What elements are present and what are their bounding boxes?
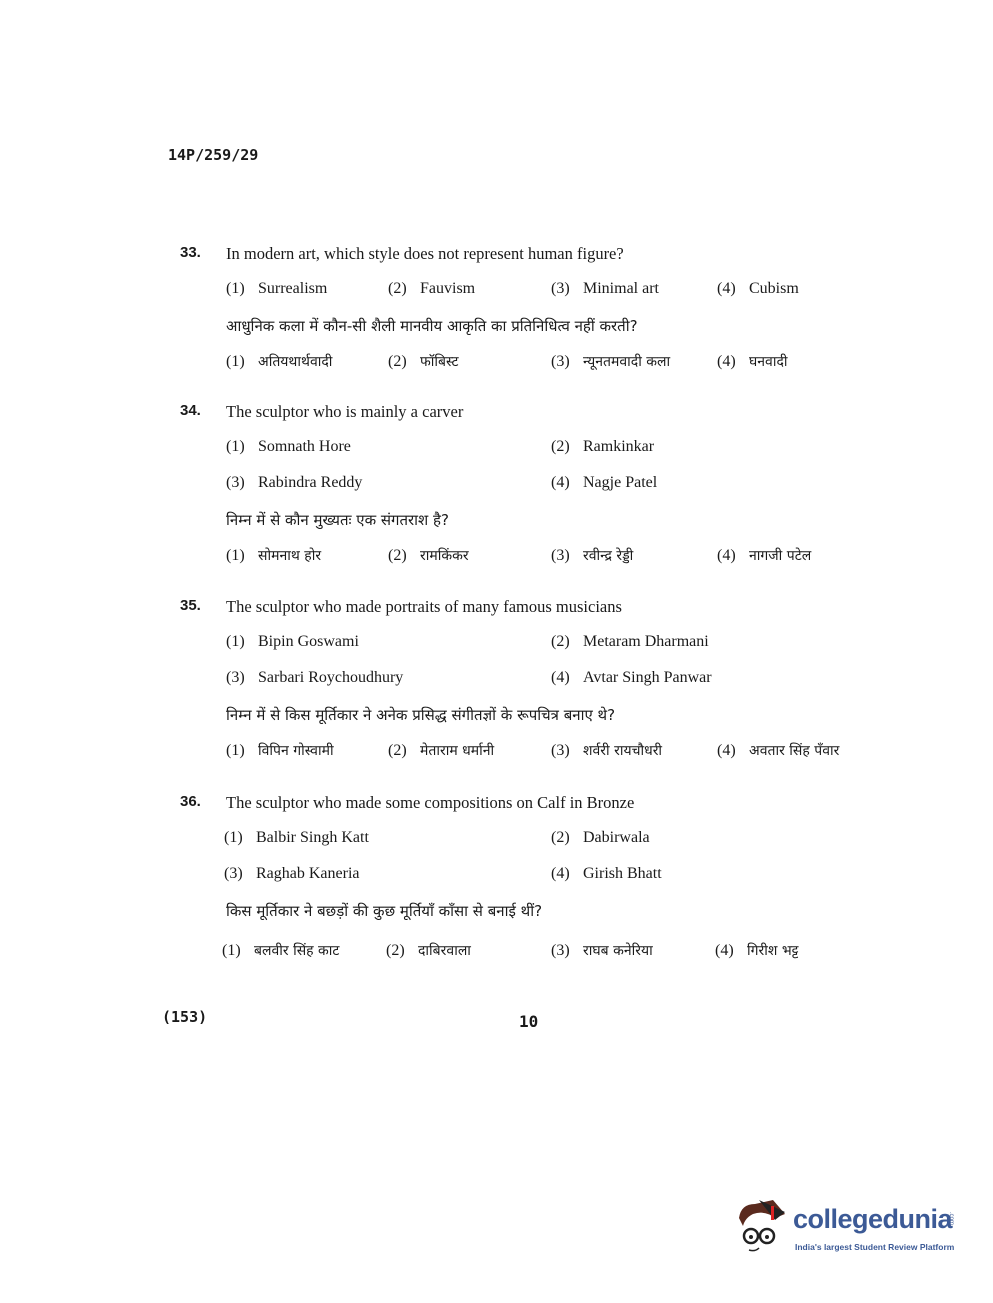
question-33: 33. In modern art, which style does not …	[180, 244, 880, 382]
question-text: The sculptor who is mainly a carver	[226, 402, 463, 422]
option-2: (2)Ramkinkar	[551, 438, 654, 456]
question-text: The sculptor who made some compositions …	[226, 793, 634, 813]
mascot-icon	[735, 1196, 791, 1256]
hindi-question-text: निम्न में से किस मूर्तिकार ने अनेक प्रसि…	[226, 705, 615, 725]
question-text: In modern art, which style does not repr…	[226, 244, 624, 264]
hindi-option-2: (2)रामकिंकर	[388, 546, 469, 565]
hindi-question-text: आधुनिक कला में कौन-सी शैली मानवीय आकृति …	[226, 316, 638, 336]
hindi-option-2: (2)मेताराम धर्मानी	[388, 741, 494, 760]
hindi-question-text: किस मूर्तिकार ने बछड़ों की कुछ मूर्तियाँ…	[226, 901, 542, 921]
hindi-option-2: (2)दाबिरवाला	[386, 941, 471, 960]
hindi-option-1: (1)विपिन गोस्वामी	[226, 741, 334, 760]
option-3: (3)Minimal art	[551, 280, 659, 298]
paper-code: 14P/259/29	[168, 146, 258, 164]
option-4: (4)Nagje Patel	[551, 474, 657, 492]
hindi-option-3: (3)शर्वरी रायचौधरी	[551, 741, 662, 760]
option-1: (1)Bipin Goswami	[226, 633, 359, 651]
hindi-option-4: (4)अवतार सिंह पँवार	[717, 741, 839, 760]
hindi-option-4: (4)गिरीश भट्ट	[715, 941, 799, 960]
option-4: (4)Cubism	[717, 280, 799, 298]
option-2: (2)Dabirwala	[551, 829, 650, 847]
page-number: 10	[519, 1012, 538, 1031]
question-number: 35.	[180, 597, 201, 614]
option-2: (2)Metaram Dharmani	[551, 633, 709, 651]
hindi-question-text: निम्न में से कौन मुख्यतः एक संगतराश है?	[226, 510, 449, 530]
option-4: (4)Avtar Singh Panwar	[551, 669, 712, 687]
hindi-option-4: (4)नागजी पटेल	[717, 546, 811, 565]
booklet-code: (153)	[162, 1008, 207, 1026]
hindi-option-4: (4)घनवादी	[717, 352, 788, 371]
option-3: (3)Rabindra Reddy	[226, 474, 362, 492]
question-36: 36. The sculptor who made some compositi…	[180, 793, 880, 971]
hindi-option-3: (3)राघब कनेरिया	[551, 941, 653, 960]
logo-suffix: .com	[948, 1212, 954, 1225]
question-number: 36.	[180, 793, 201, 810]
option-3: (3)Sarbari Roychoudhury	[226, 669, 403, 687]
option-1: (1)Balbir Singh Katt	[224, 829, 369, 847]
hindi-option-3: (3)रवीन्द्र रेड्डी	[551, 546, 633, 565]
logo-tagline: India's largest Student Review Platform	[795, 1242, 954, 1252]
question-number: 34.	[180, 402, 201, 419]
logo-wordmark: collegedunia	[793, 1204, 952, 1235]
option-3: (3)Raghab Kaneria	[224, 865, 360, 883]
option-2: (2)Fauvism	[388, 280, 475, 298]
hindi-option-1: (1)बलवीर सिंह काट	[222, 941, 339, 960]
option-4: (4)Girish Bhatt	[551, 865, 662, 883]
hindi-option-1: (1)अतियथार्थवादी	[226, 352, 332, 371]
hindi-option-3: (3)न्यूनतमवादी कला	[551, 352, 670, 371]
question-text: The sculptor who made portraits of many …	[226, 597, 622, 617]
option-1: (1)Surrealism	[226, 280, 327, 298]
question-number: 33.	[180, 244, 201, 261]
question-35: 35. The sculptor who made portraits of m…	[180, 597, 880, 771]
hindi-option-1: (1)सोमनाथ होर	[226, 546, 321, 565]
option-1: (1)Somnath Hore	[226, 438, 351, 456]
hindi-option-2: (2)फॉबिस्ट	[388, 352, 459, 371]
collegedunia-logo[interactable]: collegedunia .com India's largest Studen…	[735, 1196, 965, 1260]
question-34: 34. The sculptor who is mainly a carver …	[180, 402, 880, 576]
